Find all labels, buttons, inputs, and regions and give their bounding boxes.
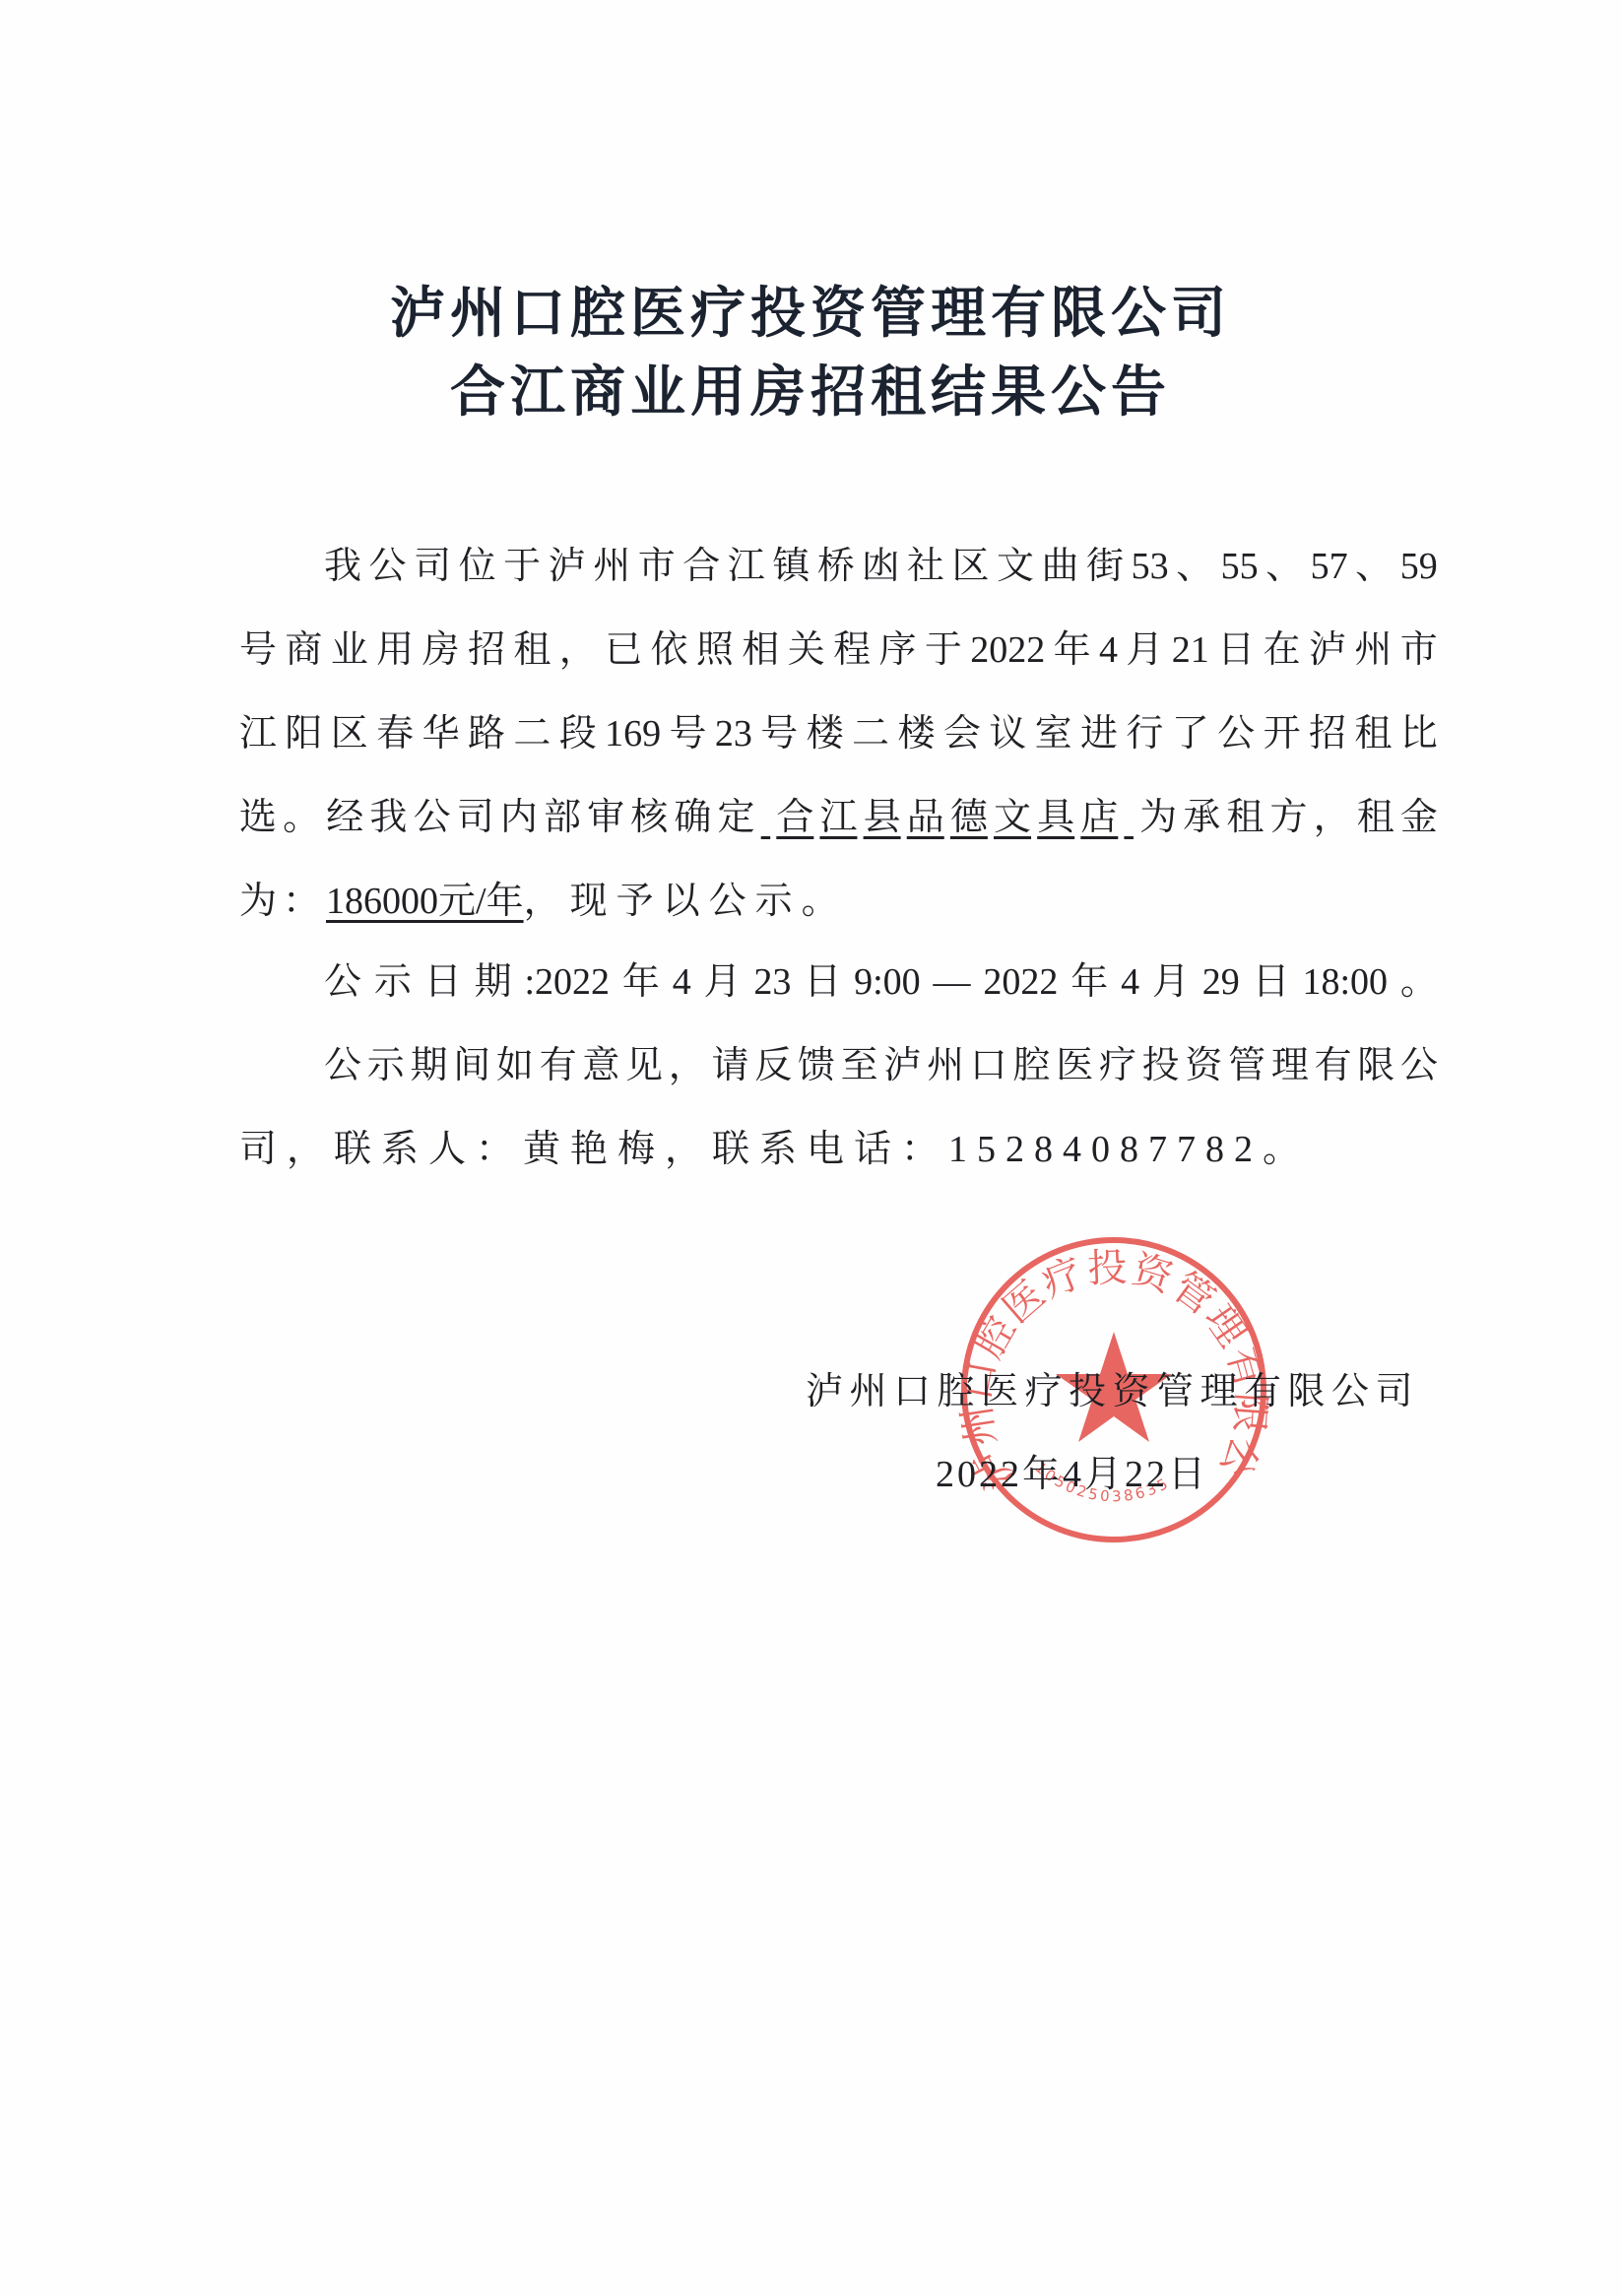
- announcement-period-line: 公示日期:2022年4月23日9:00—2022年4月29日18:00。: [324, 958, 1438, 1006]
- rent-amount: 186000元/年: [326, 878, 524, 925]
- contact-line: 司，联系人：黄艳梅，联系电话：15284087782。: [239, 1126, 1438, 1173]
- document-page: 泸州口腔医疗投资管理有限公司 合江商业用房招租结果公告 我公司位于泸州市合江镇桥…: [0, 0, 1621, 2296]
- body-line-2: 号商业用房招租，已依照相关程序于2022年4月21日在泸州市: [239, 626, 1438, 674]
- body-line-1: 我公司位于泸州市合江镇桥凼社区文曲街53、55、57、59: [324, 543, 1438, 590]
- body-line-5: 为： 186000元/年 ，现予以公示。: [239, 878, 1438, 925]
- title-line-1: 泸州口腔医疗投资管理有限公司: [0, 282, 1621, 345]
- body-line-4: 选。经我公司内部审核确定 合江县品德文具店 为承租方，租金: [239, 794, 1438, 841]
- signature-company: 泸州口腔医疗投资管理有限公司: [806, 1368, 1419, 1415]
- title-line-2: 合江商业用房招租结果公告: [0, 361, 1621, 424]
- body-line-3: 江阳区春华路二段169号23号楼二楼会议室进行了公开招租比: [239, 710, 1438, 757]
- body-line-7: 公示期间如有意见，请反馈至泸州口腔医疗投资管理有限公: [324, 1042, 1438, 1089]
- signature-date: 2022年4月22日: [936, 1451, 1208, 1498]
